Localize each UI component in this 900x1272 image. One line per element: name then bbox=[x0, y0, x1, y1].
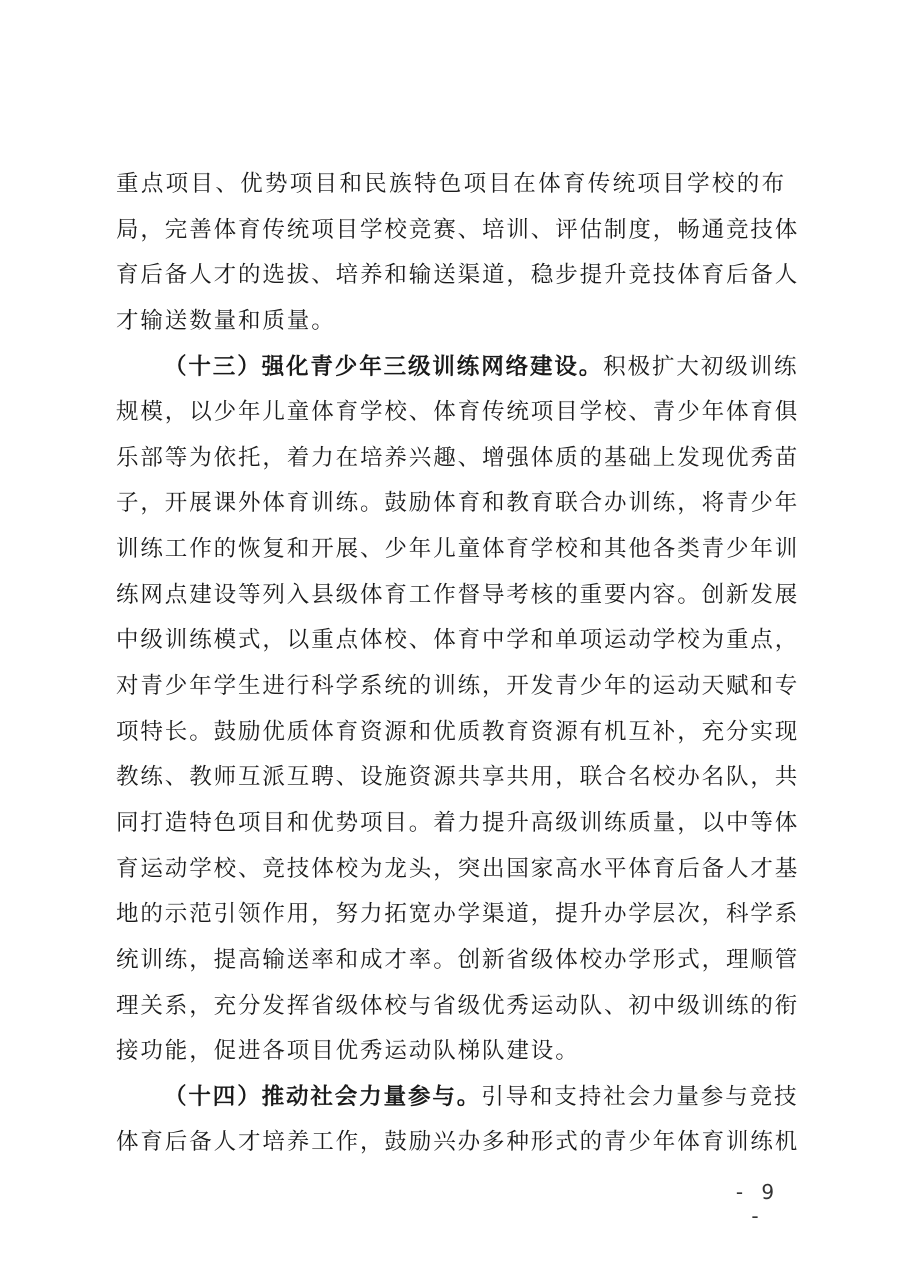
text-line: 接功能，促进各项目优秀运动队梯队建设。 bbox=[116, 1029, 786, 1075]
text-line: 项特长。鼓励优质体育资源和优质教育资源有机互补，充分实现 bbox=[116, 710, 786, 756]
text-line: 理关系，充分发挥省级体校与省级优秀运动队、初中级训练的衔 bbox=[116, 984, 786, 1030]
text-line: 训练工作的恢复和开展、少年儿童体育学校和其他各类青少年训 bbox=[116, 527, 786, 573]
text-line: 规模，以少年儿童体育学校、体育传统项目学校、青少年体育俱 bbox=[116, 390, 786, 436]
section-14-first-line: （十四）推动社会力量参与。引导和支持社会力量参与竞技 bbox=[116, 1075, 786, 1121]
text-line: 乐部等为依托，着力在培养兴趣、增强体质的基础上发现优秀苗 bbox=[116, 436, 786, 482]
document-body: 重点项目、优势项目和民族特色项目在体育传统项目学校的布 局，完善体育传统项目学校… bbox=[116, 162, 786, 1166]
page-number: - 9 - bbox=[728, 1180, 788, 1228]
text-line: 局，完善体育传统项目学校竞赛、培训、评估制度，畅通竞技体 bbox=[116, 208, 786, 254]
section-13-text: 积极扩大初级训练 bbox=[603, 354, 798, 380]
text-line: 同打造特色项目和优势项目。着力提升高级训练质量，以中等体 bbox=[116, 801, 786, 847]
text-line: 育运动学校、竞技体校为龙头，突出国家高水平体育后备人才基 bbox=[116, 847, 786, 893]
text-line: 体育后备人才培养工作，鼓励兴办多种形式的青少年体育训练机 bbox=[116, 1120, 786, 1166]
text-line: 育后备人才的选拔、培养和输送渠道，稳步提升竞技体育后备人 bbox=[116, 253, 786, 299]
text-line: 重点项目、优势项目和民族特色项目在体育传统项目学校的布 bbox=[116, 162, 786, 208]
text-line: 子，开展课外体育训练。鼓励体育和教育联合办训练，将青少年 bbox=[116, 481, 786, 527]
text-line: 对青少年学生进行科学系统的训练，开发青少年的运动天赋和专 bbox=[116, 664, 786, 710]
text-line: 才输送数量和质量。 bbox=[116, 299, 786, 345]
text-line: 地的示范引领作用，努力拓宽办学渠道，提升办学层次，科学系 bbox=[116, 892, 786, 938]
text-line: 统训练，提高输送率和成才率。创新省级体校办学形式，理顺管 bbox=[116, 938, 786, 984]
text-line: 教练、教师互派互聘、设施资源共享共用，联合名校办名队，共 bbox=[116, 755, 786, 801]
text-line: 练网点建设等列入县级体育工作督导考核的重要内容。创新发展 bbox=[116, 573, 786, 619]
section-heading-14: （十四）推动社会力量参与。 bbox=[164, 1084, 481, 1110]
text-line: 中级训练模式，以重点体校、体育中学和单项运动学校为重点， bbox=[116, 618, 786, 664]
section-heading-13: （十三）强化青少年三级训练网络建设。 bbox=[164, 354, 603, 380]
section-14-text: 引导和支持社会力量参与竞技 bbox=[481, 1084, 798, 1110]
section-13-first-line: （十三）强化青少年三级训练网络建设。积极扩大初级训练 bbox=[116, 345, 786, 391]
document-page: 重点项目、优势项目和民族特色项目在体育传统项目学校的布 局，完善体育传统项目学校… bbox=[0, 0, 900, 1272]
